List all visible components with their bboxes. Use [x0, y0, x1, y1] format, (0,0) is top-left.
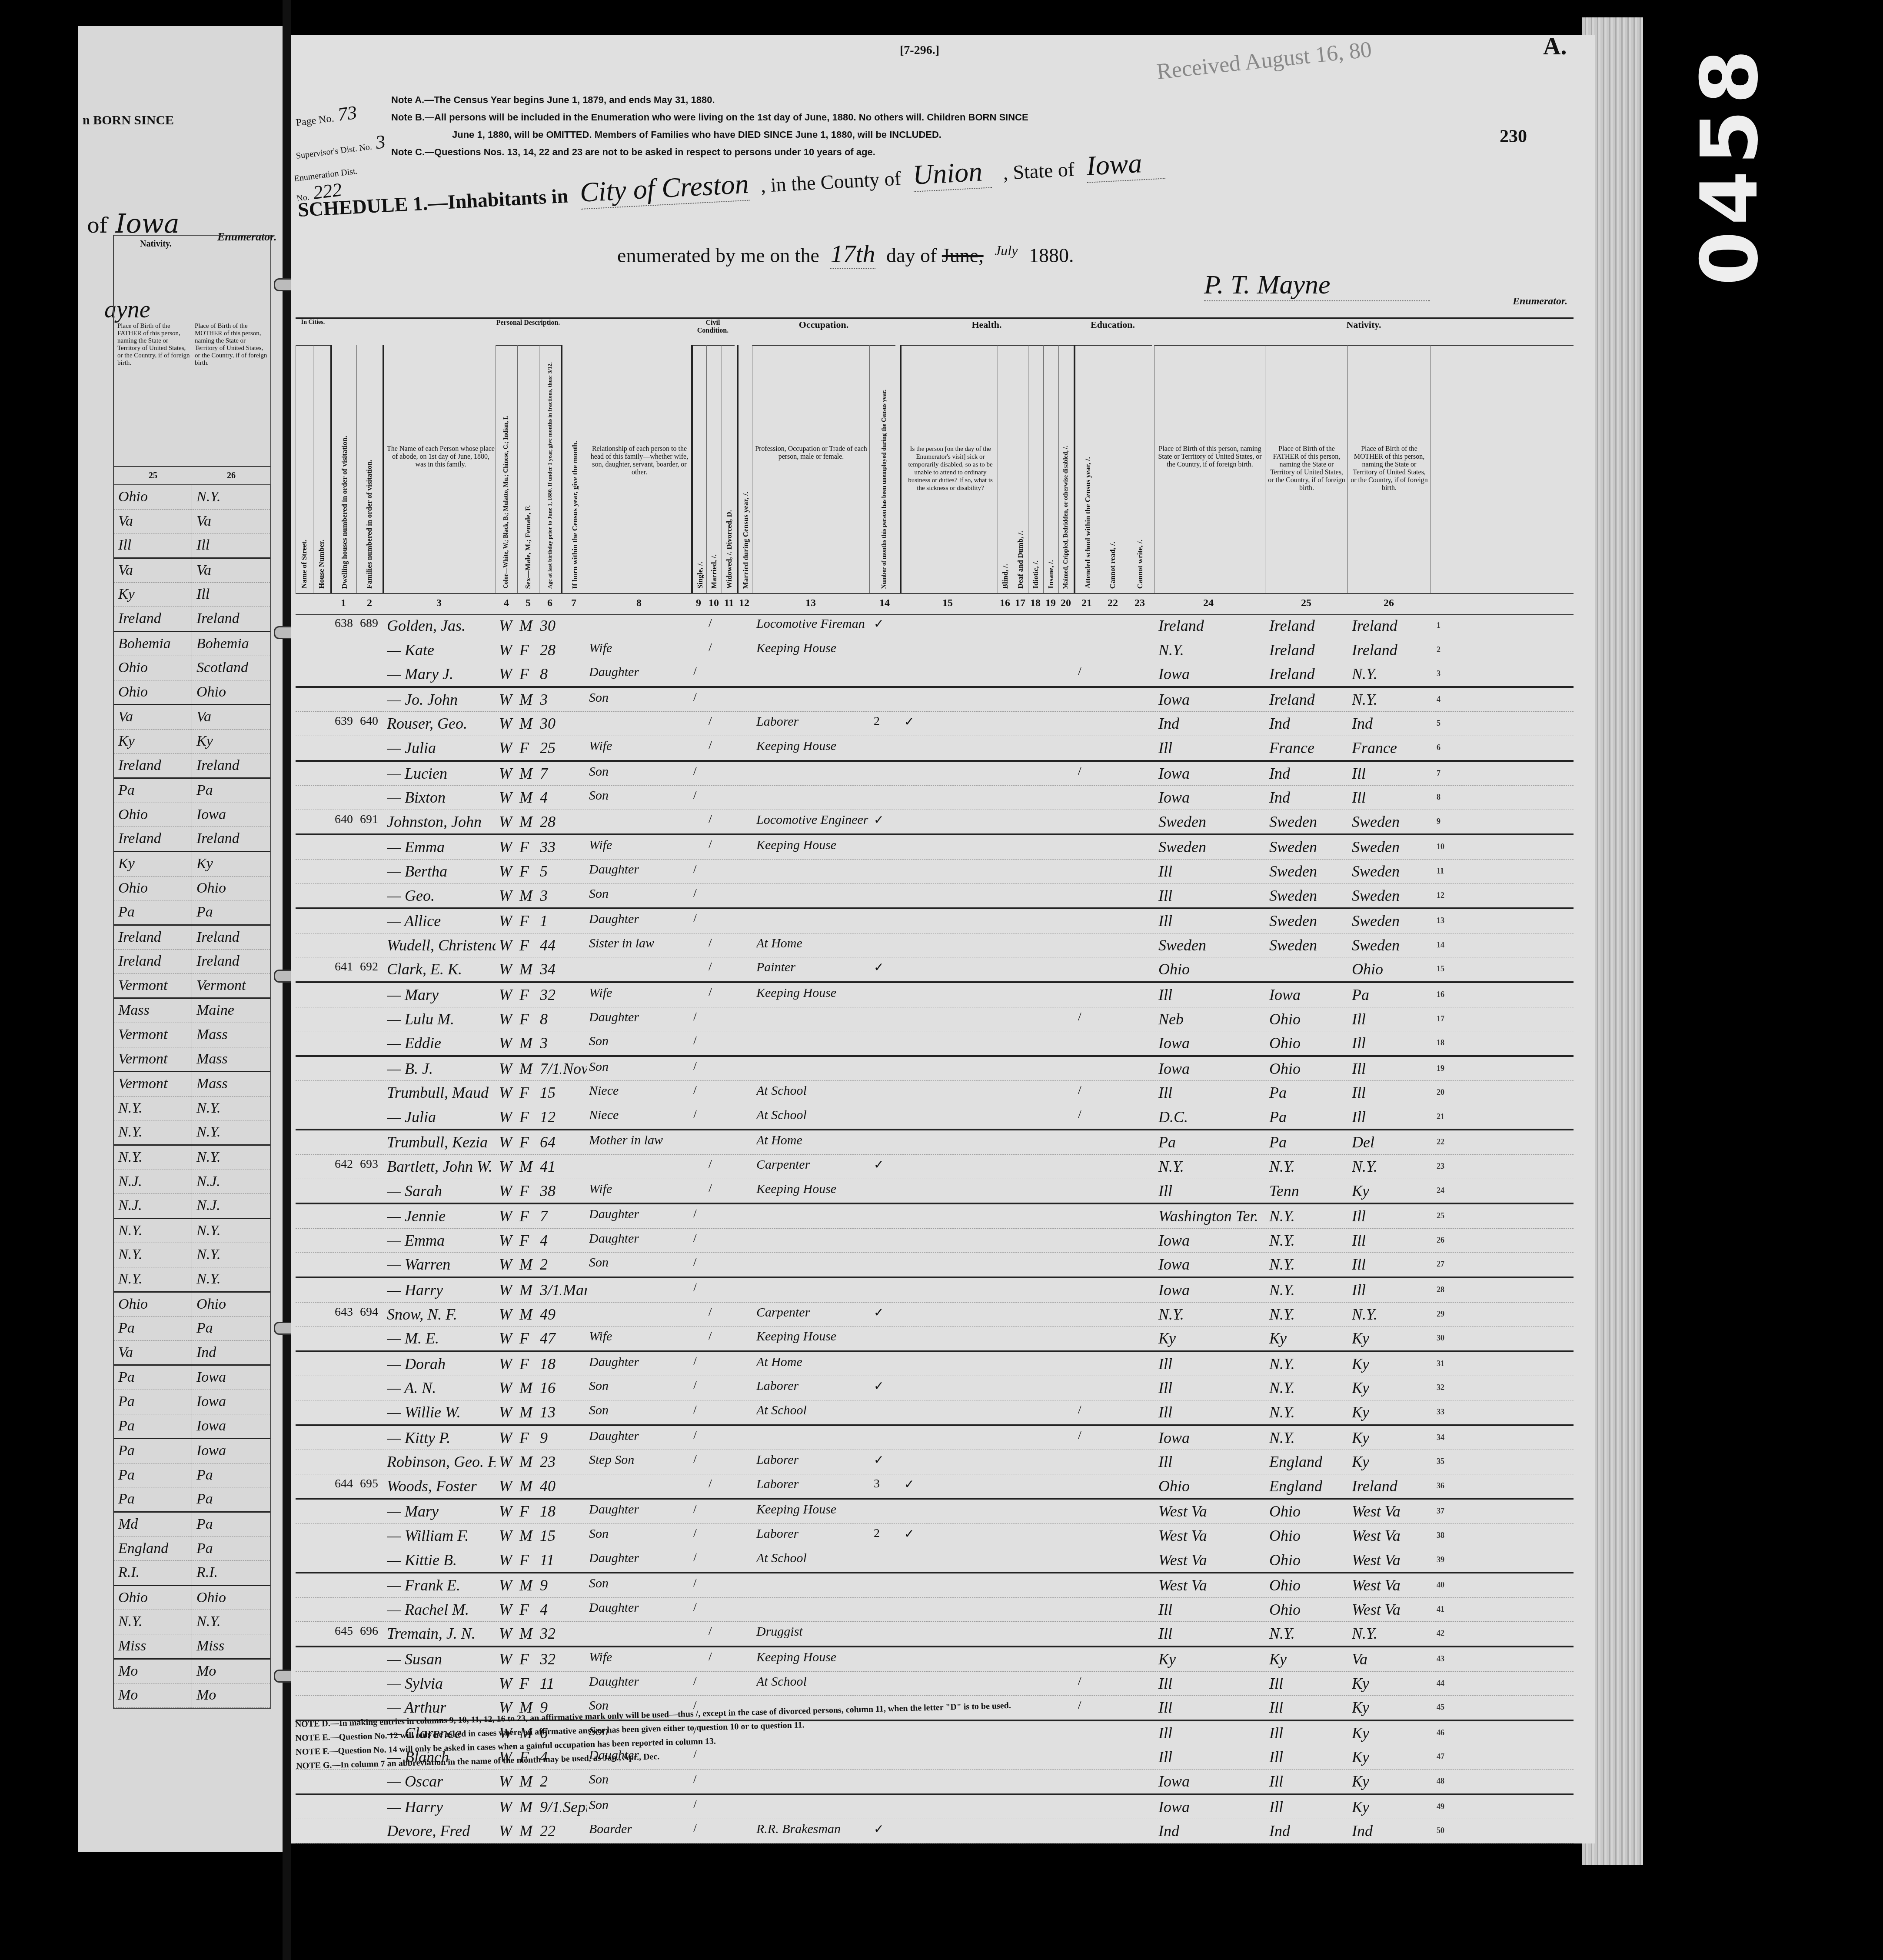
sex: F [519, 1429, 539, 1447]
person-name: Snow, N. F. [387, 1305, 496, 1323]
nativity-group-label: Nativity. [140, 239, 172, 249]
birthplace: N.Y. [1158, 641, 1265, 659]
age: 1 [540, 912, 561, 930]
age: 4 [540, 1600, 561, 1619]
mother-birthplace: Ill [1352, 1060, 1430, 1078]
father-birthplace: N.Y. [1269, 1207, 1347, 1225]
schedule-label: SCHEDULE 1.—Inhabitants in [297, 184, 569, 221]
school-mark: / [1078, 1108, 1095, 1122]
father-birthplace: N.Y. [1269, 1255, 1347, 1273]
page-number-field: Page No.73 [294, 101, 358, 131]
previous-page-mother-birthplace: Ohio [192, 1293, 270, 1317]
occupation: At School [756, 1083, 869, 1098]
previous-page-father-birthplace: Pa [114, 1317, 192, 1340]
occupation: At School [756, 1551, 869, 1566]
previous-page-row: PaIowa [114, 1390, 270, 1414]
header-dwelling: Dwelling houses numbered in order of vis… [330, 345, 358, 593]
sex: M [519, 1772, 539, 1790]
previous-page-row: N.Y.N.Y. [114, 1120, 270, 1146]
header-blind: Blind, /. [998, 345, 1013, 593]
sex: F [519, 1600, 539, 1619]
previous-page-father-birthplace: Mo [114, 1660, 192, 1683]
previous-page-father-birthplace: Ky [114, 852, 192, 876]
relationship: Son [589, 887, 691, 901]
person-name: — Harry [387, 1281, 496, 1299]
header-occupation: Profession, Occupation or Trade of each … [752, 345, 870, 593]
relationship: Daughter [589, 1355, 691, 1370]
previous-page-mother-birthplace: Ill [192, 583, 270, 607]
birthplace: Pa [1158, 1133, 1265, 1151]
occupation: Laborer [756, 1453, 869, 1467]
family-number: 691 [360, 813, 384, 827]
person-name: — Bixton [387, 788, 496, 807]
sex: M [519, 1305, 539, 1323]
color: W [499, 1502, 516, 1520]
relationship: Niece [589, 1083, 691, 1098]
mother-birthplace: Ky [1352, 1355, 1430, 1373]
person-name: — Frank E. [387, 1576, 496, 1594]
sex: M [519, 960, 539, 978]
color: W [499, 690, 516, 709]
relationship: Niece [589, 1108, 691, 1123]
line-number: 34 [1437, 1433, 1454, 1442]
occupation: Carpenter [756, 1157, 869, 1172]
previous-page-father-birthplace: Ill [114, 533, 192, 557]
mother-birthplace: Ill [1352, 1231, 1430, 1250]
column-number-row: 1234567891011121314151617181920212223242… [296, 593, 1574, 615]
previous-page-row: VermontMass [114, 1072, 270, 1097]
sex: F [519, 986, 539, 1004]
married-mark: / [709, 641, 722, 655]
previous-page-rows: OhioN.Y.VaVaIllIllVaVaKyIllIrelandIrelan… [114, 485, 270, 1708]
married-mark: / [709, 739, 722, 753]
color: W [499, 788, 516, 807]
age: 23 [540, 1453, 561, 1471]
previous-page-father-birthplace: Ohio [114, 1293, 192, 1317]
sex: M [519, 1060, 539, 1078]
census-row: — B. J.WM7/12NovSon/IowaOhioIll19 [296, 1057, 1574, 1081]
person-name: — Julia [387, 739, 496, 757]
mother-birthplace: Ky [1352, 1698, 1430, 1717]
occupation: Keeping House [756, 838, 869, 853]
line-number: 27 [1437, 1260, 1454, 1269]
father-birthplace: Ohio [1269, 1502, 1347, 1520]
birthplace: Iowa [1158, 1798, 1265, 1816]
header-sex: Sex—Male, M.; Female, F. [517, 345, 539, 593]
color: W [499, 1355, 516, 1373]
census-row: — HarryWM3/12Mar/IowaN.Y.Ill28 [296, 1278, 1574, 1303]
header-sickness: Is the person [on the day of the Enumera… [900, 345, 999, 593]
line-number: 12 [1437, 891, 1454, 900]
sex: M [519, 617, 539, 635]
occupation: Keeping House [756, 1329, 869, 1344]
age: 16 [540, 1379, 561, 1397]
birthplace: Washington Ter. [1158, 1207, 1265, 1225]
age: 30 [540, 617, 561, 635]
sex: M [519, 1798, 539, 1816]
age: 15 [540, 1083, 561, 1102]
birthplace: Ill [1158, 1748, 1265, 1766]
person-name: Robinson, Geo. H. [387, 1453, 496, 1471]
mother-birthplace: West Va [1352, 1527, 1430, 1545]
sex: M [519, 1379, 539, 1397]
father-birthplace: Ill [1269, 1674, 1347, 1693]
previous-page-row: VaVa [114, 705, 270, 730]
age: 18 [540, 1355, 561, 1373]
father-birthplace: Ky [1269, 1329, 1347, 1347]
previous-page-mother-birthplace: Ohio [192, 680, 270, 704]
previous-page-row: BohemiaBohemia [114, 632, 270, 657]
line-number: 19 [1437, 1064, 1454, 1073]
line-number: 39 [1437, 1555, 1454, 1564]
header-family: Families numbered in order of visitation… [356, 345, 383, 593]
previous-page-father-birthplace: N.Y. [114, 1243, 192, 1267]
color: W [499, 1083, 516, 1102]
birthplace: Neb [1158, 1010, 1265, 1028]
father-birthplace: N.Y. [1269, 1429, 1347, 1447]
birth-month: Mar [563, 1281, 587, 1299]
color: W [499, 1207, 516, 1225]
single-mark: / [693, 1453, 706, 1467]
months-unemployed: 2 [874, 714, 898, 728]
father-birthplace: N.Y. [1269, 1231, 1347, 1250]
sex: M [519, 690, 539, 709]
birthplace: Iowa [1158, 690, 1265, 709]
single-mark: / [693, 912, 706, 926]
previous-page-mother-birthplace: N.Y. [192, 1610, 270, 1634]
color: W [499, 1429, 516, 1447]
line-number: 15 [1437, 964, 1454, 973]
father-birthplace: Ohio [1269, 1034, 1347, 1052]
birthplace: Ill [1158, 739, 1265, 757]
color: W [499, 1527, 516, 1545]
relationship: Son [589, 1060, 691, 1074]
school-mark: / [1078, 1010, 1095, 1024]
mother-birthplace: Ohio [1352, 960, 1430, 978]
mother-birthplace: Pa [1352, 986, 1430, 1004]
dwelling-number: 639 [335, 714, 359, 728]
birthplace: Iowa [1158, 1034, 1265, 1052]
previous-page-father-birthplace: N.Y. [114, 1097, 192, 1120]
header-idiotic: Idiotic, /. [1028, 345, 1044, 593]
age: 32 [540, 1624, 561, 1643]
relationship: Daughter [589, 862, 691, 877]
person-name: — Oscar [387, 1772, 496, 1790]
father-birthplace: Pa [1269, 1108, 1347, 1126]
previous-page-mother-birthplace: Iowa [192, 1439, 270, 1463]
father-birthplace: Iowa [1269, 986, 1347, 1004]
header-single: Single, /. [691, 345, 708, 593]
previous-page-father-birthplace: Ohio [114, 656, 192, 680]
married-mark: / [709, 960, 722, 974]
sex: F [519, 641, 539, 659]
mother-birthplace: Del [1352, 1133, 1430, 1151]
supervisor-district-label: Supervisor's Dist. No. [296, 142, 373, 161]
mother-birthplace: Ky [1352, 1182, 1430, 1200]
father-birthplace: Ill [1269, 1724, 1347, 1742]
line-number: 32 [1437, 1383, 1454, 1392]
census-row: — SusanWF32Wife/Keeping HouseKyKyVa43 [296, 1647, 1574, 1672]
father-birthplace: England [1269, 1477, 1347, 1495]
column-number: 8 [632, 597, 645, 609]
father-birthplace: Sweden [1269, 813, 1347, 831]
relationship: Daughter [589, 1551, 691, 1566]
previous-page-row: PaIowa [114, 1366, 270, 1390]
age: 13 [540, 1403, 561, 1421]
sex: F [519, 1650, 539, 1668]
census-row: — HarryWM9/12SeptSon/IowaIllKy49 [296, 1795, 1574, 1820]
header-street: Name of Street. [296, 345, 313, 593]
previous-page-row: VaVa [114, 510, 270, 534]
father-birthplace: Ohio [1269, 1551, 1347, 1569]
school-mark: / [1078, 665, 1095, 679]
line-number: 1 [1437, 621, 1454, 630]
father-birthplace: Ireland [1269, 665, 1347, 683]
column-number: 22 [1106, 597, 1119, 609]
birthplace: Ill [1158, 1674, 1265, 1693]
mother-birthplace: France [1352, 739, 1430, 757]
relationship: Son [589, 1798, 691, 1813]
mother-birthplace: N.Y. [1352, 1305, 1430, 1323]
enumeration-day: 17th [830, 240, 875, 269]
previous-page-father-birthplace: N.J. [114, 1170, 192, 1194]
person-name: — M. E. [387, 1329, 496, 1347]
school-mark: / [1078, 1403, 1095, 1417]
previous-page-mother-birthplace: Mass [192, 1023, 270, 1047]
note-b-line2: June 1, 1880, will be OMITTED. Members o… [391, 126, 1028, 143]
column-number: 16 [998, 597, 1011, 609]
previous-page-row: N.Y.N.Y. [114, 1610, 270, 1634]
birthplace: Sweden [1158, 813, 1265, 831]
father-birthplace: N.Y. [1269, 1624, 1347, 1643]
mother-birthplace: Ill [1352, 764, 1430, 783]
mother-birthplace: Ky [1352, 1674, 1430, 1693]
mother-birthplace: Ill [1352, 1281, 1430, 1299]
single-mark: / [693, 1674, 706, 1688]
birthplace: Iowa [1158, 665, 1265, 683]
previous-page-row: N.J.N.J. [114, 1170, 270, 1194]
previous-page-row: IrelandIreland [114, 827, 270, 852]
sex: M [519, 813, 539, 831]
father-birthplace: Tenn [1269, 1182, 1347, 1200]
dwelling-number: 643 [335, 1305, 359, 1319]
mother-birthplace: Sweden [1352, 887, 1430, 905]
previous-page-father-birthplace: Pa [114, 1366, 192, 1390]
census-row: — OscarWM2Son/IowaIllKy48 [296, 1770, 1574, 1795]
previous-page-row: PaPa [114, 1487, 270, 1513]
census-row: — Geo.WM3Son/IllSwedenSweden12 [296, 884, 1574, 910]
previous-page-father-birthplace: Va [114, 705, 192, 729]
previous-page-father-birthplace: Ireland [114, 926, 192, 950]
column-number: 6 [543, 597, 556, 609]
census-row: Trumbull, MaudWF15Niece/At School/IllPaI… [296, 1081, 1574, 1105]
age: 47 [540, 1329, 561, 1347]
column-number: 9 [692, 597, 705, 609]
months-unemployed: 2 [874, 1527, 898, 1540]
occupation: Laborer [756, 1527, 869, 1541]
age: 12 [540, 1108, 561, 1126]
previous-page-row: IrelandIreland [114, 926, 270, 950]
married-mark: / [709, 1305, 722, 1319]
person-name: — Jo. John [387, 690, 496, 709]
census-table: In Cities. Personal Description. Civil C… [296, 317, 1574, 319]
note-a: Note A.—The Census Year begins June 1, 1… [391, 91, 1028, 109]
census-row: — BixtonWM4Son/IowaIndIll8 [296, 786, 1574, 810]
relationship: Wife [589, 838, 691, 853]
dwelling-number: 641 [335, 960, 359, 974]
person-name: — Emma [387, 838, 496, 856]
previous-page-mother-birthplace: Maine [192, 999, 270, 1023]
line-number: 5 [1437, 719, 1454, 728]
person-name: — Mary J. [387, 665, 496, 683]
census-row: — Jo. JohnWM3Son/IowaIrelandN.Y.4 [296, 688, 1574, 712]
previous-page-mother-birthplace: N.Y. [192, 1097, 270, 1120]
father-birthplace: Sweden [1269, 912, 1347, 930]
sheet-number: 230 [1500, 126, 1527, 147]
previous-page-mother-birthplace: Va [192, 705, 270, 729]
age: 18 [540, 1502, 561, 1520]
relationship: Wife [589, 1650, 691, 1665]
line-number: 18 [1437, 1038, 1454, 1047]
census-row: — Willie W.WM13Son/At School/IllN.Y.Ky33 [296, 1400, 1574, 1426]
header-birth-month: If born within the Census year, give the… [561, 345, 589, 593]
color: W [499, 986, 516, 1004]
state-label: , State of [1002, 158, 1075, 184]
occupation: Laborer [756, 1477, 869, 1492]
birthplace: Ill [1158, 912, 1265, 930]
previous-page-mother-birthplace: N.J. [192, 1170, 270, 1194]
previous-page-father-birthplace: Pa [114, 1439, 192, 1463]
color: W [499, 714, 516, 733]
day-of-label: day of [886, 244, 937, 267]
birthplace: Iowa [1158, 764, 1265, 783]
previous-page-row: IrelandIreland [114, 607, 270, 632]
father-birthplace: Ind [1269, 764, 1347, 783]
page-number-label: Page No. [295, 113, 334, 129]
previous-page-row: VermontMass [114, 1047, 270, 1073]
color: W [499, 617, 516, 635]
single-mark: / [693, 764, 706, 778]
previous-page-mother-birthplace: Vermont [192, 974, 270, 998]
sex: M [519, 1453, 539, 1471]
father-birthplace: Ill [1269, 1748, 1347, 1766]
mother-birthplace: Ind [1352, 714, 1430, 733]
group-civil: Civil Condition. [691, 319, 735, 346]
column-number: 18 [1029, 597, 1042, 609]
previous-page-mother-birthplace: Va [192, 510, 270, 533]
census-row: Devore, FredWM22Boarder/R.R. Brakesman✓I… [296, 1819, 1574, 1843]
group-personal: Personal Description. [496, 319, 561, 346]
relationship: Sister in law [589, 936, 691, 951]
column-number: 19 [1044, 597, 1057, 609]
occupation: Keeping House [756, 1650, 869, 1665]
column-number: 1 [337, 597, 350, 609]
previous-page-father-birthplace: Vermont [114, 974, 192, 998]
previous-page-nativity-header: Nativity. Place of Birth of the FATHER o… [114, 236, 270, 467]
relationship: Wife [589, 739, 691, 753]
previous-page-mother-birthplace: N.Y. [192, 1146, 270, 1170]
line-number: 13 [1437, 916, 1454, 925]
relationship: Son [589, 764, 691, 779]
previous-page-father-birthplace: Ohio [114, 877, 192, 900]
sex: F [519, 1355, 539, 1373]
single-mark: / [693, 1281, 706, 1295]
previous-page-mother-birthplace: Iowa [192, 1390, 270, 1414]
age: 41 [540, 1157, 561, 1176]
married-mark: / [709, 813, 722, 827]
birthplace: Ill [1158, 1453, 1265, 1471]
color: W [499, 912, 516, 930]
months-unemployed: 3 [874, 1477, 898, 1491]
previous-page-mother-birthplace: Mo [192, 1660, 270, 1683]
sex: F [519, 665, 539, 683]
sex: M [519, 714, 539, 733]
color: W [499, 887, 516, 905]
months-unemployed: ✓ [874, 960, 898, 975]
previous-page-mother-birthplace: N.Y. [192, 485, 270, 509]
relationship: Mother in law [589, 1133, 691, 1148]
previous-page-mother-birthplace: Ind [192, 1341, 270, 1365]
census-row: — Kitty P.WF9Daughter//IowaN.Y.Ky34 [296, 1426, 1574, 1450]
census-row: 644695Woods, FosterWM40/Laborer3✓OhioEng… [296, 1474, 1574, 1500]
enumeration-date: enumerated by me on the 17th day of June… [617, 239, 1074, 268]
person-name: — Sylvia [387, 1674, 496, 1693]
person-name: — Eddie [387, 1034, 496, 1052]
father-birthplace: Ill [1269, 1772, 1347, 1790]
previous-page-row: PaPa [114, 1317, 270, 1341]
single-mark: / [693, 1108, 706, 1122]
married-mark: / [709, 936, 722, 950]
instruction-notes: Note A.—The Census Year begins June 1, 1… [391, 91, 1028, 161]
birthplace: Ill [1158, 1698, 1265, 1717]
previous-page-father-birthplace: N.Y. [114, 1146, 192, 1170]
color: W [499, 665, 516, 683]
previous-page-father-birthplace: Va [114, 559, 192, 583]
sickness-mark: ✓ [904, 1527, 930, 1541]
enumerated-label: enumerated by me on the [617, 244, 819, 267]
sex: M [519, 1624, 539, 1643]
birthplace: Ill [1158, 862, 1265, 880]
census-row: — MaryWF32Wife/Keeping HouseIllIowaPa16 [296, 983, 1574, 1007]
birthplace: Ohio [1158, 1477, 1265, 1495]
mother-birthplace: Sweden [1352, 912, 1430, 930]
single-mark: / [693, 1822, 706, 1836]
married-mark: / [709, 986, 722, 1000]
header-house-number: House Number. [313, 345, 331, 593]
months-unemployed: ✓ [874, 617, 898, 631]
birthplace: Iowa [1158, 1255, 1265, 1273]
header-married: Married, /. [706, 345, 722, 593]
single-mark: / [693, 1379, 706, 1393]
birthplace: Ill [1158, 1403, 1265, 1421]
birthplace: Ill [1158, 1379, 1265, 1397]
birth-month: Sept [563, 1798, 587, 1816]
previous-page-row: PaPa [114, 779, 270, 803]
sex: M [519, 1157, 539, 1176]
previous-page-row: VaInd [114, 1341, 270, 1366]
previous-page-father-birthplace: Ireland [114, 607, 192, 631]
previous-page-mother-birthplace: Ky [192, 852, 270, 876]
relationship: Son [589, 1403, 691, 1418]
age: 33 [540, 838, 561, 856]
mother-birthplace: Ind [1352, 1822, 1430, 1840]
occupation: R.R. Brakesman [756, 1822, 869, 1837]
previous-page-row: OhioScotland [114, 656, 270, 680]
birthplace: Ohio [1158, 960, 1265, 978]
father-birthplace: N.Y. [1269, 1355, 1347, 1373]
father-birthplace: N.Y. [1269, 1305, 1347, 1323]
person-name: — Rachel M. [387, 1600, 496, 1619]
